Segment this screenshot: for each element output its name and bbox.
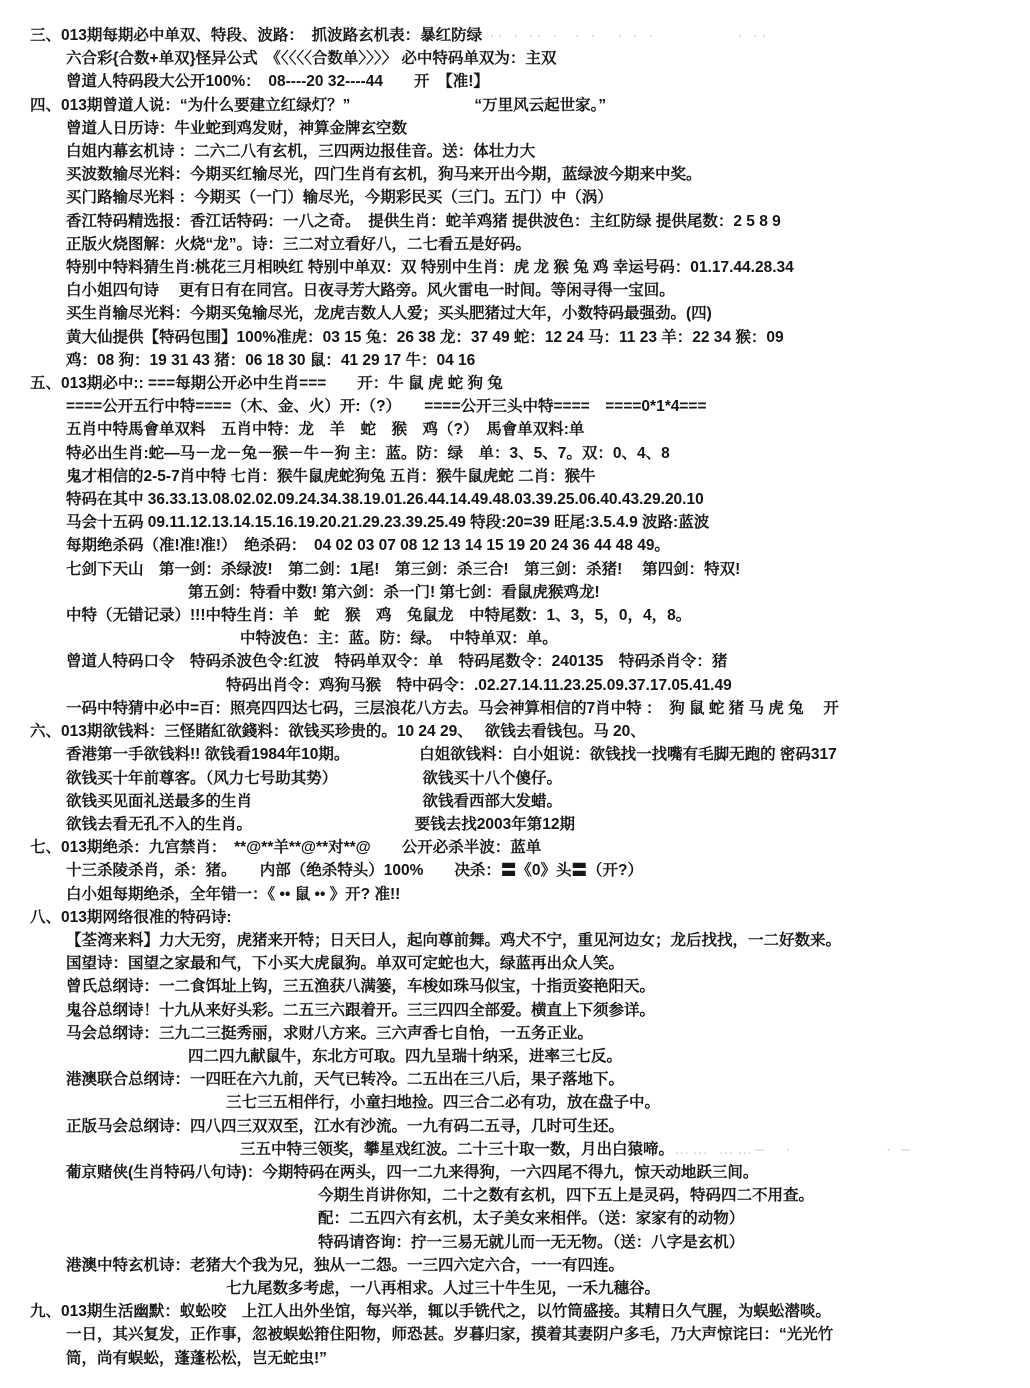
text-line: 六合彩{合数+单双}怪异公式 《〈〈〈〈合数单〉〉〉〉 必中特码单双为：主双	[0, 47, 1030, 70]
text-line: 六、013期欲钱料：三怪賭紅欲錢料：欲钱买珍贵的。10 24 29、 欲钱去看钱…	[0, 720, 1030, 743]
text-line: 特必出生肖:蛇—马－龙－兔－猴－牛－狗 主：蓝。防：绿 单：3、5、7。双：0、…	[0, 442, 1030, 465]
text-line: 买波数输尽光料：今期买红输尽光，四门生肖有玄机，狗马来开出今期，蓝绿波今期来中奖…	[0, 163, 1030, 186]
text-line: 筒，尚有蜈蚣，蓬蓬松松，岂无蛇虫!”	[0, 1347, 1030, 1370]
text-line: 港澳中特玄机诗：老猪大个我为兄，独从一二怨。一三四六定六合，一一有四连。	[0, 1254, 1030, 1277]
text-line: 一日，其兴复发，正作事，忽被蜈蚣箝住阳物，师恐甚。岁暮归家，摸着其妻阴户多毛，乃…	[0, 1323, 1030, 1346]
text-line: 七、013期绝杀：九宫禁肖： **@**羊**@**对**@ 公开必杀半波：蓝单	[0, 836, 1030, 859]
text-line: 一码中特猜中必中=百：照亮四四达七码，三层浪花八方去。马会神算相信的7肖中特 ：…	[0, 697, 1030, 720]
text-line: 五、013期必中:: ===每期公开必中生肖=== 开：牛 鼠 虎 蛇 狗 兔	[0, 372, 1030, 395]
text-line: 五肖中特馬會单双料 五肖中特：龙 羊 蛇 猴 鸡（?） 馬會单双料:单	[0, 418, 1030, 441]
text-line: 欲钱买十年前尊客。（风力七号助其势） 欲钱买十八个傻仔。	[0, 767, 1030, 790]
text-line: 曾道人日历诗：牛业蛇到鸡发财，神算金牌玄空数	[0, 117, 1030, 140]
text-line: 每期绝杀码（准!准!准!） 绝杀码： 04 02 03 07 08 12 13 …	[0, 534, 1030, 557]
text-line: 【荃湾来料】力大无穷，虎猪来开特；日天曰人，起向尊前舞。鸡犬不宁，重见河边女；龙…	[0, 929, 1030, 952]
text-line: 欲钱去看无孔不入的生肖。 要钱去找2003年第12期	[0, 813, 1030, 836]
text-line: 鬼谷总纲诗！十九从来好头彩。二五三六跟着开。三三四四全部爱。横直上下须参详。	[0, 999, 1030, 1022]
text-line: 十三杀陵杀肖，杀：猪。 内部（绝杀特头）100% 决杀：〓《0》头〓（开?）	[0, 859, 1030, 882]
text-line: 四、013期曾道人说：“为什么要建立红绿灯？” “万里风云起世家。”	[0, 94, 1030, 117]
text-line: 白小姐四句诗 更有日有在同宫。日夜寻芳大路旁。风火雷电一时间。等闲寻得一宝回。	[0, 279, 1030, 302]
text-line: 中特波色：主：蓝。防：绿。 中特单双：单。	[0, 627, 1030, 650]
text-line: 白姐内幕玄机诗 ：二六二八有玄机，三四两边报佳音。送：体壮力大	[0, 140, 1030, 163]
line-text: 三五中特三领奖，攀星戏红波。二十三十取一数，月出白猿啼。	[240, 1141, 674, 1158]
text-line: 七九尾数多考虑，一八再相求。人过三十牛生见，一禾九穗谷。	[0, 1277, 1030, 1300]
text-line: 三、013期每期必中单双、特段、波路： 抓波路玄机表：暴红防绿 ·· · ·· …	[0, 24, 1030, 47]
text-line: 九、013期生活幽默：蚁蚣咬 上江人出外坐馆，每兴举，辄以手铣代之，以竹筒盛接。…	[0, 1300, 1030, 1323]
text-line: 马会总纲诗：三九二三挺秀丽，求财八方来。三六声香七自怡，一五务正业。	[0, 1022, 1030, 1045]
text-line: 欲钱买见面礼送最多的生肖 欲钱看西部大发蜡。	[0, 790, 1030, 813]
text-line: 曾道人特码段大公开100%： 08----20 32----44 开 【准!】	[0, 70, 1030, 93]
text-line: 买门路输尽光料 ：今期买（一门）输尽光，今期彩民买（三门。五门）中（涡）	[0, 186, 1030, 209]
text-line: 今期生肖讲你知，二十之数有玄机，四下五上是灵码，特码四二不用查。	[0, 1184, 1030, 1207]
text-line: 特码出肖令：鸡狗马猴 特中码令：.02.27.14.11.23.25.09.37…	[0, 674, 1030, 697]
line-text: 三、013期每期必中单双、特段、波路： 抓波路玄机表：暴红防绿	[30, 27, 482, 44]
text-line: 白小姐每期绝杀，全年错一：《 •• 鼠 •• 》开? 准!!	[0, 883, 1030, 906]
text-line: 特码在其中 36.33.13.08.02.02.09.24.34.38.19.0…	[0, 488, 1030, 511]
text-line: 正版马会总纲诗：四八四三双双至，江水有沙流。一九有码二五寻，几时可生还。	[0, 1115, 1030, 1138]
text-line: 黄大仙提供【特码包围】100%准虎：03 15 兔：26 38 龙：37 49 …	[0, 326, 1030, 349]
text-line: 正版火烧图解：火烧“龙”。诗：三二对立看好八，二七看五是好码。	[0, 233, 1030, 256]
text-line: 买生肖输尽光料：今期买兔输尽光，龙虎吉数人人爱；买头肥猪过大年，小数特码最强劲。…	[0, 302, 1030, 325]
text-line: ====公开五行中特====（木、金、火）开:（?） ====公开三头中特===…	[0, 395, 1030, 418]
text-line: 第五剑：特看中数! 第六剑：杀一门! 第七剑：看鼠虎猴鸡龙!	[0, 581, 1030, 604]
text-line: 八、013期网络很准的特码诗:	[0, 906, 1030, 929]
text-line: 七剑下天山 第一剑：杀绿波! 第二剑：1尾! 第三剑：杀三合! 第三剑：杀猪! …	[0, 558, 1030, 581]
text-line: 鸡：08 狗：19 31 43 猪：06 18 30 鼠：41 29 17 牛：…	[0, 349, 1030, 372]
text-line: 三七三五相伴行，小童扫地捡。四三合二必有功，放在盘子中。	[0, 1091, 1030, 1114]
text-line: 马会十五码 09.11.12.13.14.15.16.19.20.21.29.2…	[0, 511, 1030, 534]
text-line: 国望诗：国望之家最和气，下小买大虎鼠狗。单双可定蛇也大，绿蓝再出众人笑。	[0, 952, 1030, 975]
document-page: 三、013期每期必中单双、特段、波路： 抓波路玄机表：暴红防绿 ·· · ·· …	[0, 0, 1030, 1388]
text-line: 特码请咨询：拧一三易无就儿而一无无物。（送：八字是玄机）	[0, 1231, 1030, 1254]
text-line: 三五中特三领奖，攀星戏红波。二十三十取一数，月出白猿啼。…… ……– · · –	[0, 1138, 1030, 1161]
text-line: 中特（无错记录）!!!中特生肖：羊 蛇 猴 鸡 兔鼠龙 中特尾数：1、3，5，0…	[0, 604, 1030, 627]
text-line: 配：二五四六有玄机，太子美女来相伴。（送：家家有的动物）	[0, 1207, 1030, 1230]
faded-print-artifact: …… ……– · · –	[674, 1141, 913, 1158]
text-line: 特别中特料猜生肖:桃花三月相映红 特别中单双：双 特别中生肖：虎 龙 猴 兔 鸡…	[0, 256, 1030, 279]
text-line: 香江特码精选报：香江话特码：一八之奇。 提供生肖：蛇羊鸡猪 提供波色：主红防绿 …	[0, 210, 1030, 233]
text-line: 香港第一手欲钱料!! 欲钱看1984年10期。 白姐欲钱料：白小姐说：欲钱找一找…	[0, 743, 1030, 766]
text-line: 曾道人特码口令 特码杀波色令:红波 特码单双令：单 特码尾数令：240135 特…	[0, 650, 1030, 673]
text-line: 港澳联合总纲诗：一四旺在六九前，天气已转冷。二五出在三八后，果子落地下。	[0, 1068, 1030, 1091]
text-line: 鬼才相信的2-5-7肖中特 七肖：猴牛鼠虎蛇狗兔 五肖：猴牛鼠虎蛇 二肖：猴牛	[0, 465, 1030, 488]
faded-print-artifact: ·· · ·· · · · · · · · ··	[482, 27, 769, 44]
text-line: 曾氏总纲诗：一二食饵址上钩，三五渔获八满篓，车梭如珠马似宝，十指贡姿艳阳天。	[0, 975, 1030, 998]
text-line: 四二四九献鼠牛，东北方可取。四九呈瑞十纳采，进率三七反。	[0, 1045, 1030, 1068]
text-line: 葡京赌侠(生肖特码八句诗)：今期特码在两头，四一二九来得狗，一六四尾不得九，惊天…	[0, 1161, 1030, 1184]
